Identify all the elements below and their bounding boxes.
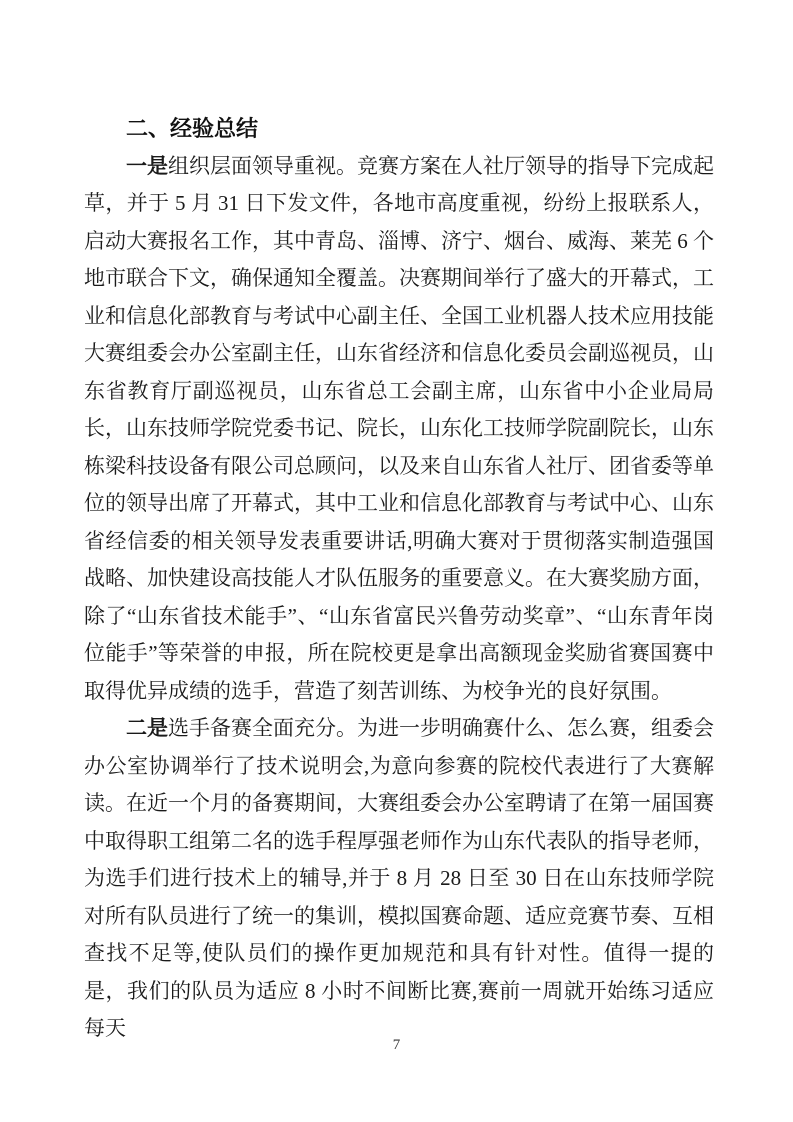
page-number: 7 bbox=[0, 1035, 793, 1055]
paragraph-1-lead: 一是 bbox=[126, 154, 168, 178]
paragraph-2: 二是选手备赛全面充分。为进一步明确赛什么、怎么赛，组委会办公室协调举行了技术说明… bbox=[84, 710, 714, 1048]
paragraph-1-text: 组织层面领导重视。竞赛方案在人社厅领导的指导下完成起草，并于 5 月 31 日下… bbox=[84, 154, 714, 703]
text-block: 二、经验总结 一是组织层面领导重视。竞赛方案在人社厅领导的指导下完成起草，并于 … bbox=[84, 110, 714, 1048]
paragraph-2-text: 选手备赛全面充分。为进一步明确赛什么、怎么赛，组委会办公室协调举行了技术说明会,… bbox=[84, 716, 714, 1040]
section-heading: 二、经验总结 bbox=[84, 110, 714, 148]
paragraph-1: 一是组织层面领导重视。竞赛方案在人社厅领导的指导下完成起草，并于 5 月 31 … bbox=[84, 148, 714, 711]
document-page: 二、经验总结 一是组织层面领导重视。竞赛方案在人社厅领导的指导下完成起草，并于 … bbox=[0, 0, 793, 1122]
paragraph-2-lead: 二是 bbox=[126, 716, 168, 740]
